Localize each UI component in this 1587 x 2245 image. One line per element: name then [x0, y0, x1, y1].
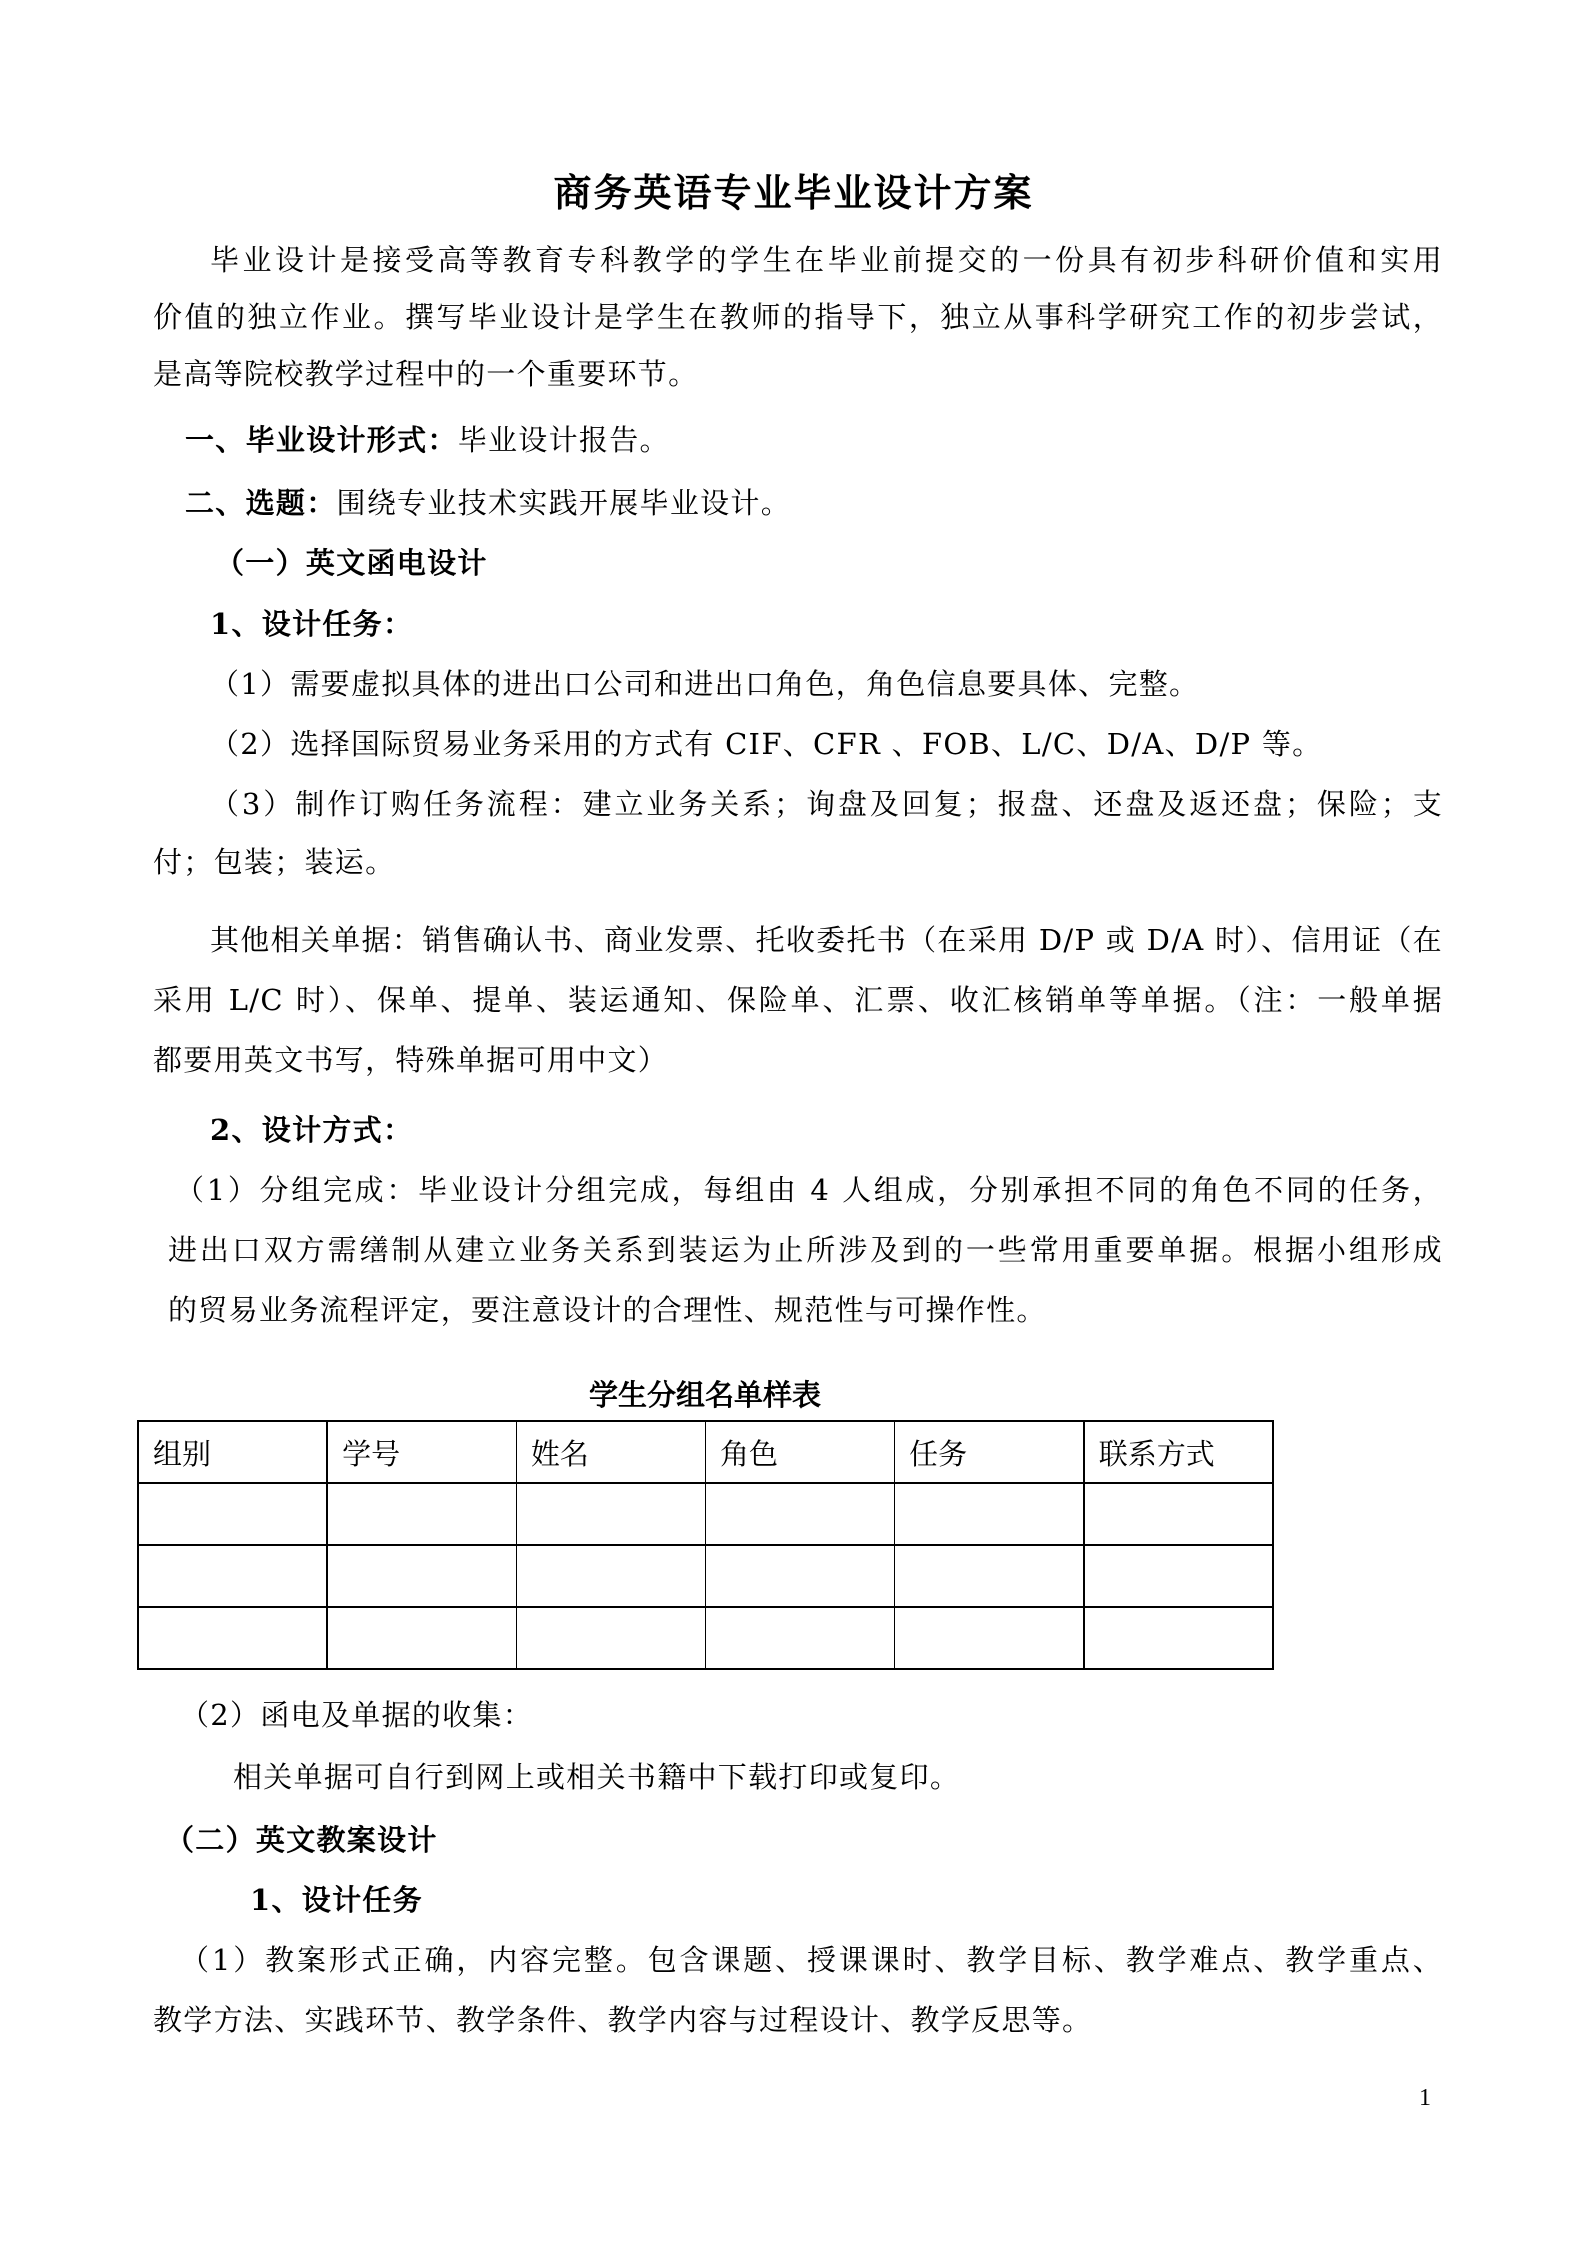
table-cell — [138, 1483, 327, 1545]
table-cell — [1084, 1545, 1273, 1607]
intro-line-1: 毕业设计是接受高等教育专科教学的学生在毕业前提交的一份具有初步科研价值和实用 — [210, 240, 1443, 280]
subsection-1-task-heading: 1、设计任务： — [210, 604, 413, 644]
table-cell — [705, 1483, 894, 1545]
table-cell — [516, 1607, 705, 1669]
student-group-table: 组别 学号 姓名 角色 任务 联系方式 — [137, 1420, 1274, 1670]
section-1-text: 毕业设计报告。 — [458, 423, 670, 457]
table-cell — [516, 1545, 705, 1607]
document-page: 商务英语专业毕业设计方案 毕业设计是接受高等教育专科教学的学生在毕业前提交的一份… — [0, 0, 1587, 2245]
section-2-label: 二、选题： — [185, 486, 337, 520]
table-caption: 学生分组名单样表 — [137, 1375, 1273, 1415]
table-cell — [895, 1545, 1084, 1607]
section-1-label: 一、毕业设计形式： — [185, 423, 458, 457]
header-student-id: 学号 — [327, 1421, 516, 1483]
table-row — [138, 1483, 1273, 1545]
header-group: 组别 — [138, 1421, 327, 1483]
header-task: 任务 — [895, 1421, 1084, 1483]
subsection-2-task-heading: 1、设计任务 — [250, 1880, 423, 1920]
other-docs-line-2: 采用 L/C 时）、保单、提单、装运通知、保险单、汇票、收汇核销单等单据。（注：… — [153, 980, 1443, 1020]
subsection-1-method-heading: 2、设计方式： — [210, 1110, 413, 1150]
section-1: 一、毕业设计形式：毕业设计报告。 — [185, 420, 670, 460]
table-cell — [1084, 1607, 1273, 1669]
method-line-1: （1）分组完成：毕业设计分组完成，每组由 4 人组成，分别承担不同的角色不同的任… — [175, 1170, 1443, 1210]
subsection-1-heading: （一）英文函电设计 — [215, 543, 488, 583]
intro-line-3: 是高等院校教学过程中的一个重要环节。 — [153, 354, 698, 394]
table-row — [138, 1607, 1273, 1669]
table-header-row: 组别 学号 姓名 角色 任务 联系方式 — [138, 1421, 1273, 1483]
lesson-plan-line-1: （1）教案形式正确，内容完整。包含课题、授课课时、教学目标、教学难点、教学重点、 — [180, 1940, 1443, 1980]
table-cell — [895, 1483, 1084, 1545]
table-cell — [138, 1545, 327, 1607]
task-item-1: （1）需要虚拟具体的进出口公司和进出口角色，角色信息要具体、完整。 — [210, 664, 1199, 704]
table-cell — [327, 1545, 516, 1607]
lesson-plan-line-2: 教学方法、实践环节、教学条件、教学内容与过程设计、教学反思等。 — [153, 2000, 1092, 2040]
header-name: 姓名 — [516, 1421, 705, 1483]
task-item-3-cont: 付；包装；装运。 — [153, 842, 395, 882]
collection-text: 相关单据可自行到网上或相关书籍中下载打印或复印。 — [233, 1757, 960, 1797]
table-cell — [516, 1483, 705, 1545]
header-role: 角色 — [705, 1421, 894, 1483]
collection-heading: （2）函电及单据的收集： — [180, 1695, 533, 1735]
other-docs-line-3: 都要用英文书写，特殊单据可用中文） — [153, 1040, 668, 1080]
table-cell — [705, 1545, 894, 1607]
table-cell — [705, 1607, 894, 1669]
method-line-2: 进出口双方需缮制从建立业务关系到装运为止所涉及到的一些常用重要单据。根据小组形成 — [168, 1230, 1443, 1270]
method-line-3: 的贸易业务流程评定，要注意设计的合理性、规范性与可操作性。 — [168, 1290, 1047, 1330]
table-cell — [895, 1607, 1084, 1669]
table-cell — [327, 1607, 516, 1669]
table-cell — [1084, 1483, 1273, 1545]
other-docs-line-1: 其他相关单据：销售确认书、商业发票、托收委托书（在采用 D/P 或 D/A 时）… — [210, 920, 1443, 960]
header-contact: 联系方式 — [1084, 1421, 1273, 1483]
task-item-2: （2）选择国际贸易业务采用的方式有 CIF、CFR 、FOB、L/C、D/A、D… — [210, 724, 1322, 764]
document-title: 商务英语专业毕业设计方案 — [0, 168, 1587, 218]
table-cell — [138, 1607, 327, 1669]
page-number: 1 — [1419, 2083, 1431, 2113]
table-row — [138, 1545, 1273, 1607]
intro-line-2: 价值的独立作业。撰写毕业设计是学生在教师的指导下，独立从事科学研究工作的初步尝试… — [153, 297, 1443, 337]
table-cell — [327, 1483, 516, 1545]
section-2-text: 围绕专业技术实践开展毕业设计。 — [337, 486, 792, 520]
subsection-2-heading: （二）英文教案设计 — [165, 1820, 438, 1860]
task-item-3: （3）制作订购任务流程：建立业务关系；询盘及回复；报盘、还盘及返还盘；保险；支 — [210, 784, 1443, 824]
section-2: 二、选题：围绕专业技术实践开展毕业设计。 — [185, 483, 791, 523]
